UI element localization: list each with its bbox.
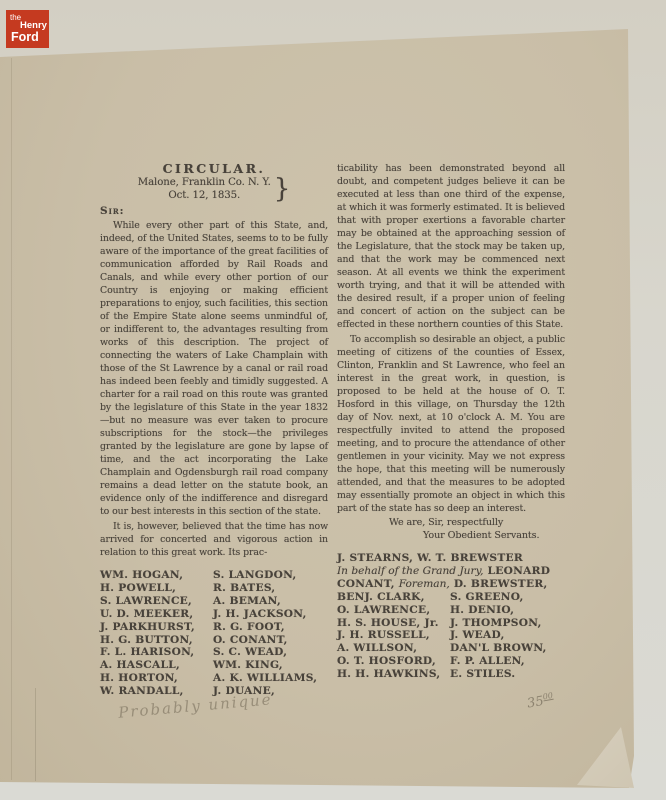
signature-row: WM. HOGAN,S. LANGDON, [100, 569, 328, 582]
grand-jury-note: In behalf of the Grand Jury, [337, 565, 484, 577]
signature-list-right: J. STEARNS, W. T. BREWSTER In behalf of … [337, 552, 565, 681]
signature-name: H. POWELL, [100, 582, 213, 595]
signature-row: S. LAWRENCE,A. BEMAN, [100, 595, 328, 608]
signature-row: J. H. RUSSELL,J. WEAD, [337, 629, 565, 642]
signature-name: WM. HOGAN, [100, 569, 213, 582]
signature-name: WM. KING, [213, 659, 283, 672]
signature-list-left: WM. HOGAN,S. LANGDON,H. POWELL,R. BATES,… [100, 569, 328, 698]
signature-name: S. LANGDON, [213, 569, 296, 582]
signature-row: F. L. HARISON,S. C. WEAD, [100, 646, 328, 659]
closing-line: We are, Sir, respectfully [389, 517, 565, 530]
paragraph: ticability has been demonstrated beyond … [337, 162, 565, 331]
paragraph: While every other part of this State, an… [100, 219, 328, 518]
paragraph: It is, however, believed that the time h… [100, 520, 328, 559]
dateline-brace: } [274, 176, 290, 202]
signature-name: J. STEARNS, [337, 552, 413, 564]
scanned-document-view: the Henry Ford CIRCULAR. Malone, Frankli… [0, 0, 666, 800]
signature-name: S. C. WEAD, [213, 646, 287, 659]
signature-name: BENJ. CLARK, [337, 591, 450, 604]
signature-row: H. HORTON,A. K. WILLIAMS, [100, 672, 328, 685]
document-title: CIRCULAR. [100, 162, 328, 175]
paragraph: To accomplish so desirable an object, a … [337, 333, 565, 515]
signature-row: H. H. HAWKINS,E. STILES. [337, 668, 565, 681]
signature-name: DAN'L BROWN, [450, 642, 547, 655]
signature-name: J. H. JACKSON, [213, 608, 307, 621]
signature-row: J. PARKHURST,R. G. FOOT, [100, 621, 328, 634]
signature-row: A. HASCALL,WM. KING, [100, 659, 328, 672]
signature-name: LEONARD [488, 565, 551, 577]
signature-name: A. K. WILLIAMS, [213, 672, 317, 685]
closing-line: Your Obedient Servants. [423, 530, 565, 543]
signature-row: H. G. BUTTON,O. CONANT, [100, 634, 328, 647]
paper-crease [11, 58, 12, 780]
signature-name: F. L. HARISON, [100, 646, 213, 659]
signature-row: CONANT, Foreman, D. BREWSTER, [337, 578, 565, 591]
signature-name: H. S. HOUSE, Jr. [337, 617, 450, 630]
signature-name: A. HASCALL, [100, 659, 213, 672]
signature-name: S. GREENO, [450, 591, 524, 604]
left-column: CIRCULAR. Malone, Franklin Co. N. Y. Oct… [100, 162, 328, 698]
signature-name: J. PARKHURST, [100, 621, 213, 634]
signature-row: U. D. MEEKER,J. H. JACKSON, [100, 608, 328, 621]
signature-name: A. BEMAN, [213, 595, 281, 608]
signature-name: H. H. HAWKINS, [337, 668, 450, 681]
closing: We are, Sir, respectfully Your Obedient … [337, 517, 565, 542]
signature-name: J. WEAD, [450, 629, 505, 642]
signature-rows: BENJ. CLARK,S. GREENO,O. LAWRENCE,H. DEN… [337, 591, 565, 681]
signature-name: U. D. MEEKER, [100, 608, 213, 621]
document-content: CIRCULAR. Malone, Franklin Co. N. Y. Oct… [100, 162, 566, 698]
signature-name: CONANT, [337, 578, 395, 590]
signature-name: R. BATES, [213, 582, 275, 595]
signature-row: A. WILLSON,DAN'L BROWN, [337, 642, 565, 655]
right-column: ticability has been demonstrated beyond … [337, 162, 565, 698]
signature-name: O. T. HOSFORD, [337, 655, 450, 668]
signature-row: H. S. HOUSE, Jr.J. THOMPSON, [337, 617, 565, 630]
logo-text-ford: Ford [11, 31, 39, 44]
signature-name: A. WILLSON, [337, 642, 450, 655]
signature-name: S. LAWRENCE, [100, 595, 213, 608]
signature-name: R. G. FOOT, [213, 621, 285, 634]
signature-row: H. POWELL,R. BATES, [100, 582, 328, 595]
salutation: Sir: [100, 205, 328, 218]
signature-name: F. P. ALLEN, [450, 655, 525, 668]
signature-name: H. G. BUTTON, [100, 634, 213, 647]
signature-name: J. THOMPSON, [450, 617, 542, 630]
signature-name: O. CONANT, [213, 634, 288, 647]
signature-row: In behalf of the Grand Jury, LEONARD [337, 565, 565, 578]
signature-name: W. T. BREWSTER [417, 552, 523, 564]
dateline-place: Malone, Franklin Co. N. Y. [138, 176, 271, 189]
signature-name: H. HORTON, [100, 672, 213, 685]
signature-name: J. H. RUSSELL, [337, 629, 450, 642]
dateline-lines: Malone, Franklin Co. N. Y. Oct. 12, 1835… [138, 176, 271, 202]
signature-name: O. LAWRENCE, [337, 604, 450, 617]
signature-name: D. BREWSTER, [454, 578, 548, 590]
dateline: Malone, Franklin Co. N. Y. Oct. 12, 1835… [100, 176, 328, 202]
dateline-date: Oct. 12, 1835. [138, 189, 271, 202]
signature-name: E. STILES. [450, 668, 515, 681]
signature-row: BENJ. CLARK,S. GREENO, [337, 591, 565, 604]
paper-crease [35, 688, 36, 781]
pencil-price-superscript: 00 [542, 691, 554, 702]
signature-row: O. T. HOSFORD,F. P. ALLEN, [337, 655, 565, 668]
signature-name: H. DENIO, [450, 604, 514, 617]
foreman-note: Foreman, [399, 578, 450, 590]
signature-row: J. STEARNS, W. T. BREWSTER [337, 552, 565, 565]
henry-ford-logo: the Henry Ford [6, 10, 49, 48]
signature-row: O. LAWRENCE,H. DENIO, [337, 604, 565, 617]
